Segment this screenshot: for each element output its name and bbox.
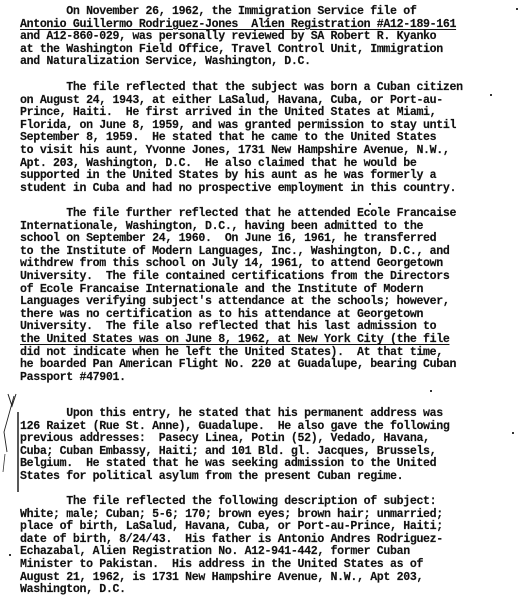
paragraph-addresses: Upon this entry, he stated that his perm…	[20, 408, 520, 484]
text-line: Minister to Pakistan. His address in the…	[20, 559, 520, 572]
text-line: he boarded Pan American Flight No. 220 a…	[20, 359, 520, 372]
text-line: University. The file contained certifica…	[20, 271, 520, 284]
text-line: States for political asylum from the pre…	[20, 471, 520, 484]
text-line: student in Cuba and had no prospective e…	[20, 183, 520, 196]
scan-speck	[516, 8, 518, 10]
text-line-underlined-admission: the United States was on June 8, 1962, a…	[20, 334, 520, 347]
scan-speck	[490, 94, 492, 96]
scan-speck	[246, 93, 248, 95]
text-line: Prince, Haiti. He first arrived in the U…	[20, 107, 520, 120]
handwritten-checkmark-icon: ✓	[263, 16, 269, 28]
document-page: On November 26, 1962, the Immigration Se…	[0, 0, 523, 607]
text-line: Passport #47901.	[20, 372, 520, 385]
text-line: previous addresses: Pasecy Linea, Potin …	[20, 433, 520, 446]
text-line: supported in the United States by his au…	[20, 170, 520, 183]
text-line: place of birth, LaSalud, Havana, Cuba, o…	[20, 521, 520, 534]
text-line: The file reflected the following descrip…	[20, 496, 520, 509]
text-line: The file reflected that the subject was …	[20, 82, 520, 95]
scan-speck	[512, 432, 514, 434]
scan-speck	[9, 554, 11, 556]
paragraph-education: The file further reflected that he atten…	[20, 208, 520, 384]
text-line: school on September 24, 1960. On June 16…	[20, 233, 520, 246]
text-line: The file further reflected that he atten…	[20, 208, 520, 221]
handwritten-margin-bracket-icon	[2, 392, 20, 496]
text-line: On November 26, 1962, the Immigration Se…	[20, 6, 520, 19]
text-line: and A12-860-029, was personally reviewed…	[20, 31, 520, 44]
paragraph-birth-arrival: The file reflected that the subject was …	[20, 82, 520, 195]
text-line: and Naturalization Service, Washington, …	[20, 56, 520, 69]
paragraph-description: The file reflected the following descrip…	[20, 496, 520, 597]
paragraph-intro: On November 26, 1962, the Immigration Se…	[20, 6, 520, 69]
scan-speck	[430, 390, 432, 392]
text-line: Upon this entry, he stated that his perm…	[20, 408, 520, 421]
text-line: to visit his aunt, Yvonne Jones, 1731 Ne…	[20, 145, 520, 158]
text-line: Washington, D.C.	[20, 584, 520, 597]
scan-speck	[369, 203, 371, 205]
text-line: Languages verifying subject's attendance…	[20, 296, 520, 309]
